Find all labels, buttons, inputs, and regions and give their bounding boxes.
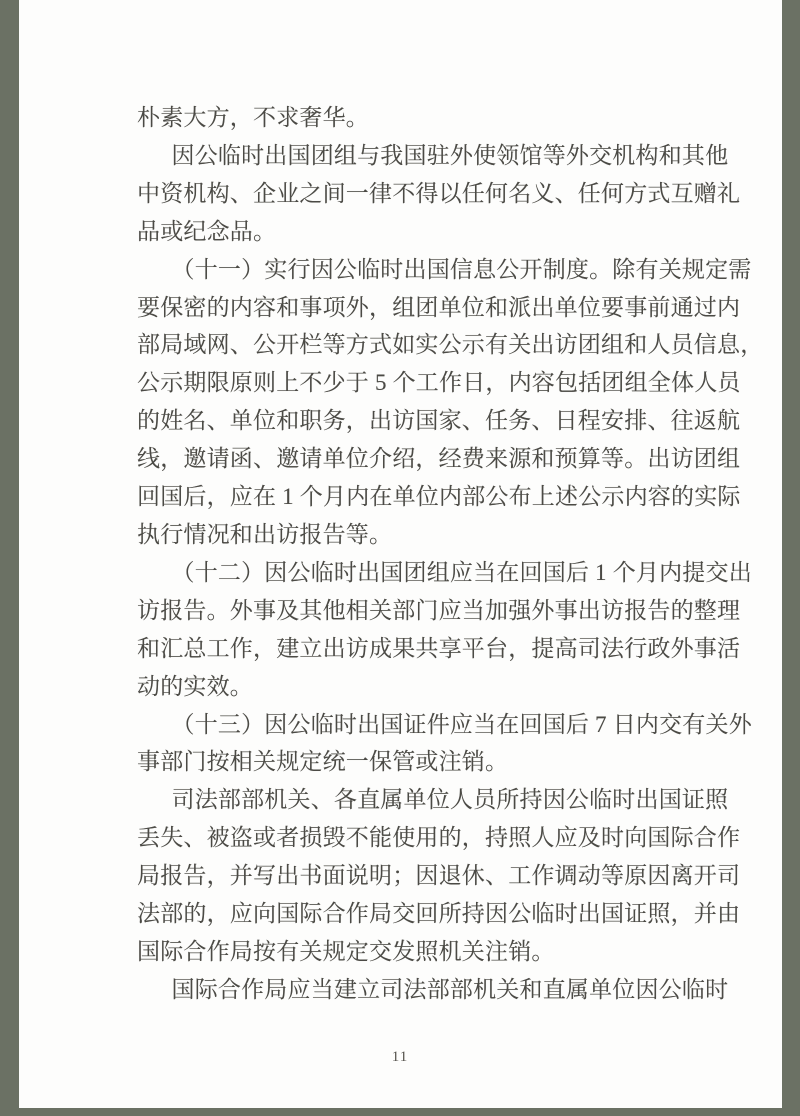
text-line: 的姓名、单位和职务，出访国家、任务、日程安排、往返航 [137,402,737,440]
document-text: 朴素大方，不求奢华。因公临时出国团组与我国驻外使领馆等外交机构和其他中资机构、企… [137,99,737,1009]
text-line: 和汇总工作，建立出访成果共享平台，提高司法行政外事活 [137,630,737,668]
page-number: 11 [0,1049,800,1066]
text-line: 公示期限原则上不少于 5 个工作日，内容包括团组全体人员 [137,364,737,402]
text-line: 要保密的内容和事项外，组团单位和派出单位要事前通过内 [137,289,737,327]
text-line: 回国后，应在 1 个月内在单位内部公布上述公示内容的实际 [137,478,737,516]
text-line: 国际合作局应当建立司法部部机关和直属单位因公临时 [137,971,737,1009]
text-line: 品或纪念品。 [137,213,737,251]
text-line: 朴素大方，不求奢华。 [137,99,737,137]
text-line: （十一）实行因公临时出国信息公开制度。除有关规定需 [137,251,737,289]
scan-frame-left [0,0,19,1116]
text-line: 局报告，并写出书面说明；因退休、工作调动等原因离开司 [137,857,737,895]
text-line: 线，邀请函、邀请单位介绍，经费来源和预算等。出访团组 [137,440,737,478]
text-line: 中资机构、企业之间一律不得以任何名义、任何方式互赠礼 [137,175,737,213]
text-line: 因公临时出国团组与我国驻外使领馆等外交机构和其他 [137,137,737,175]
scan-frame-right [782,0,800,1116]
text-line: 国际合作局按有关规定交发照机关注销。 [137,933,737,971]
text-line: 部局域网、公开栏等方式如实公示有关出访团组和人员信息， [137,326,737,364]
text-line: 丢失、被盗或者损毁不能使用的，持照人应及时向国际合作 [137,819,737,857]
text-line: 法部的，应向国际合作局交回所持因公临时出国证照，并由 [137,895,737,933]
text-line: 事部门按相关规定统一保管或注销。 [137,743,737,781]
text-line: 司法部部机关、各直属单位人员所持因公临时出国证照 [137,781,737,819]
scan-frame-bottom [0,1108,800,1116]
text-line: 访报告。外事及其他相关部门应当加强外事出访报告的整理 [137,592,737,630]
text-line: 执行情况和出访报告等。 [137,516,737,554]
text-line: （十二）因公临时出国团组应当在回国后 1 个月内提交出 [137,554,737,592]
text-line: （十三）因公临时出国证件应当在回国后 7 日内交有关外 [137,706,737,744]
text-line: 动的实效。 [137,668,737,706]
